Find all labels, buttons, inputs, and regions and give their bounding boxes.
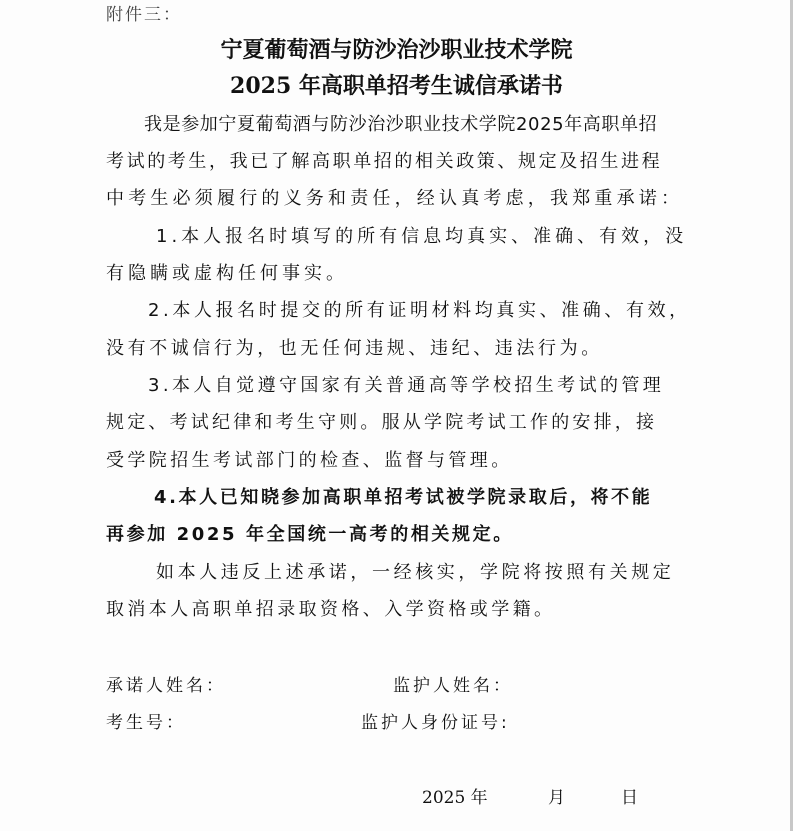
attachment-label: 附件三： [106, 3, 182, 27]
date-year: 2025 年 [422, 786, 488, 810]
pledge-2-line: 没有不诚信行为，也无任何违规、违纪、违法行为。 [106, 337, 603, 361]
date-month: 月 [548, 786, 565, 810]
consequence-line: 如本人违反上述承诺，一经核实，学院将按照有关规定 [156, 561, 674, 585]
date-day: 日 [621, 786, 638, 810]
document-title-line2: 2025 年高职单招考生诚信承诺书 [0, 72, 793, 100]
document-title-line1: 宁夏葡萄酒与防沙治沙职业技术学院 [0, 36, 793, 64]
pledge-2-line: 2.本人报名时提交的所有证明材料均真实、准确、有效， [148, 299, 691, 323]
pledge-3-line: 受学院招生考试部门的检查、监督与管理。 [106, 449, 513, 473]
guardian-id-label: 监护人身份证号: [361, 711, 510, 735]
pledger-name-label: 承诺人姓名： [106, 674, 226, 698]
exam-number-label: 考生号： [106, 711, 186, 735]
intro-line: 考试的考生，我已了解高职单招的相关政策、规定及招生进程 [106, 150, 662, 174]
pledge-1-line: 1.本人报名时填写的所有信息均真实、准确、有效，没 [156, 225, 687, 249]
consequence-line: 取消本人高职单招录取资格、入学资格或学籍。 [106, 598, 555, 622]
pledge-3-line: 3.本人自觉遵守国家有关普通高等学校招生考试的管理 [148, 374, 664, 398]
pledge-4-line: 再参加 2025 年全国统一高考的相关规定。 [106, 523, 514, 547]
document-page: 附件三： 宁夏葡萄酒与防沙治沙职业技术学院 2025 年高职单招考生诚信承诺书 … [0, 0, 790, 831]
pledge-4-line: 4.本人已知晓参加高职单招考试被学院录取后，将不能 [154, 486, 652, 510]
pledge-1-line: 有隐瞒或虚构任何事实。 [106, 262, 348, 286]
guardian-name-label: 监护人姓名： [393, 674, 513, 698]
intro-line: 中考生必须履行的义务和责任，经认真考虑，我郑重承诺： [106, 187, 683, 211]
intro-line: 我是参加宁夏葡萄酒与防沙治沙职业技术学院2025年高职单招 [144, 113, 657, 137]
pledge-3-line: 规定、考试纪律和考生守则。服从学院考试工作的安排，接 [106, 411, 657, 435]
